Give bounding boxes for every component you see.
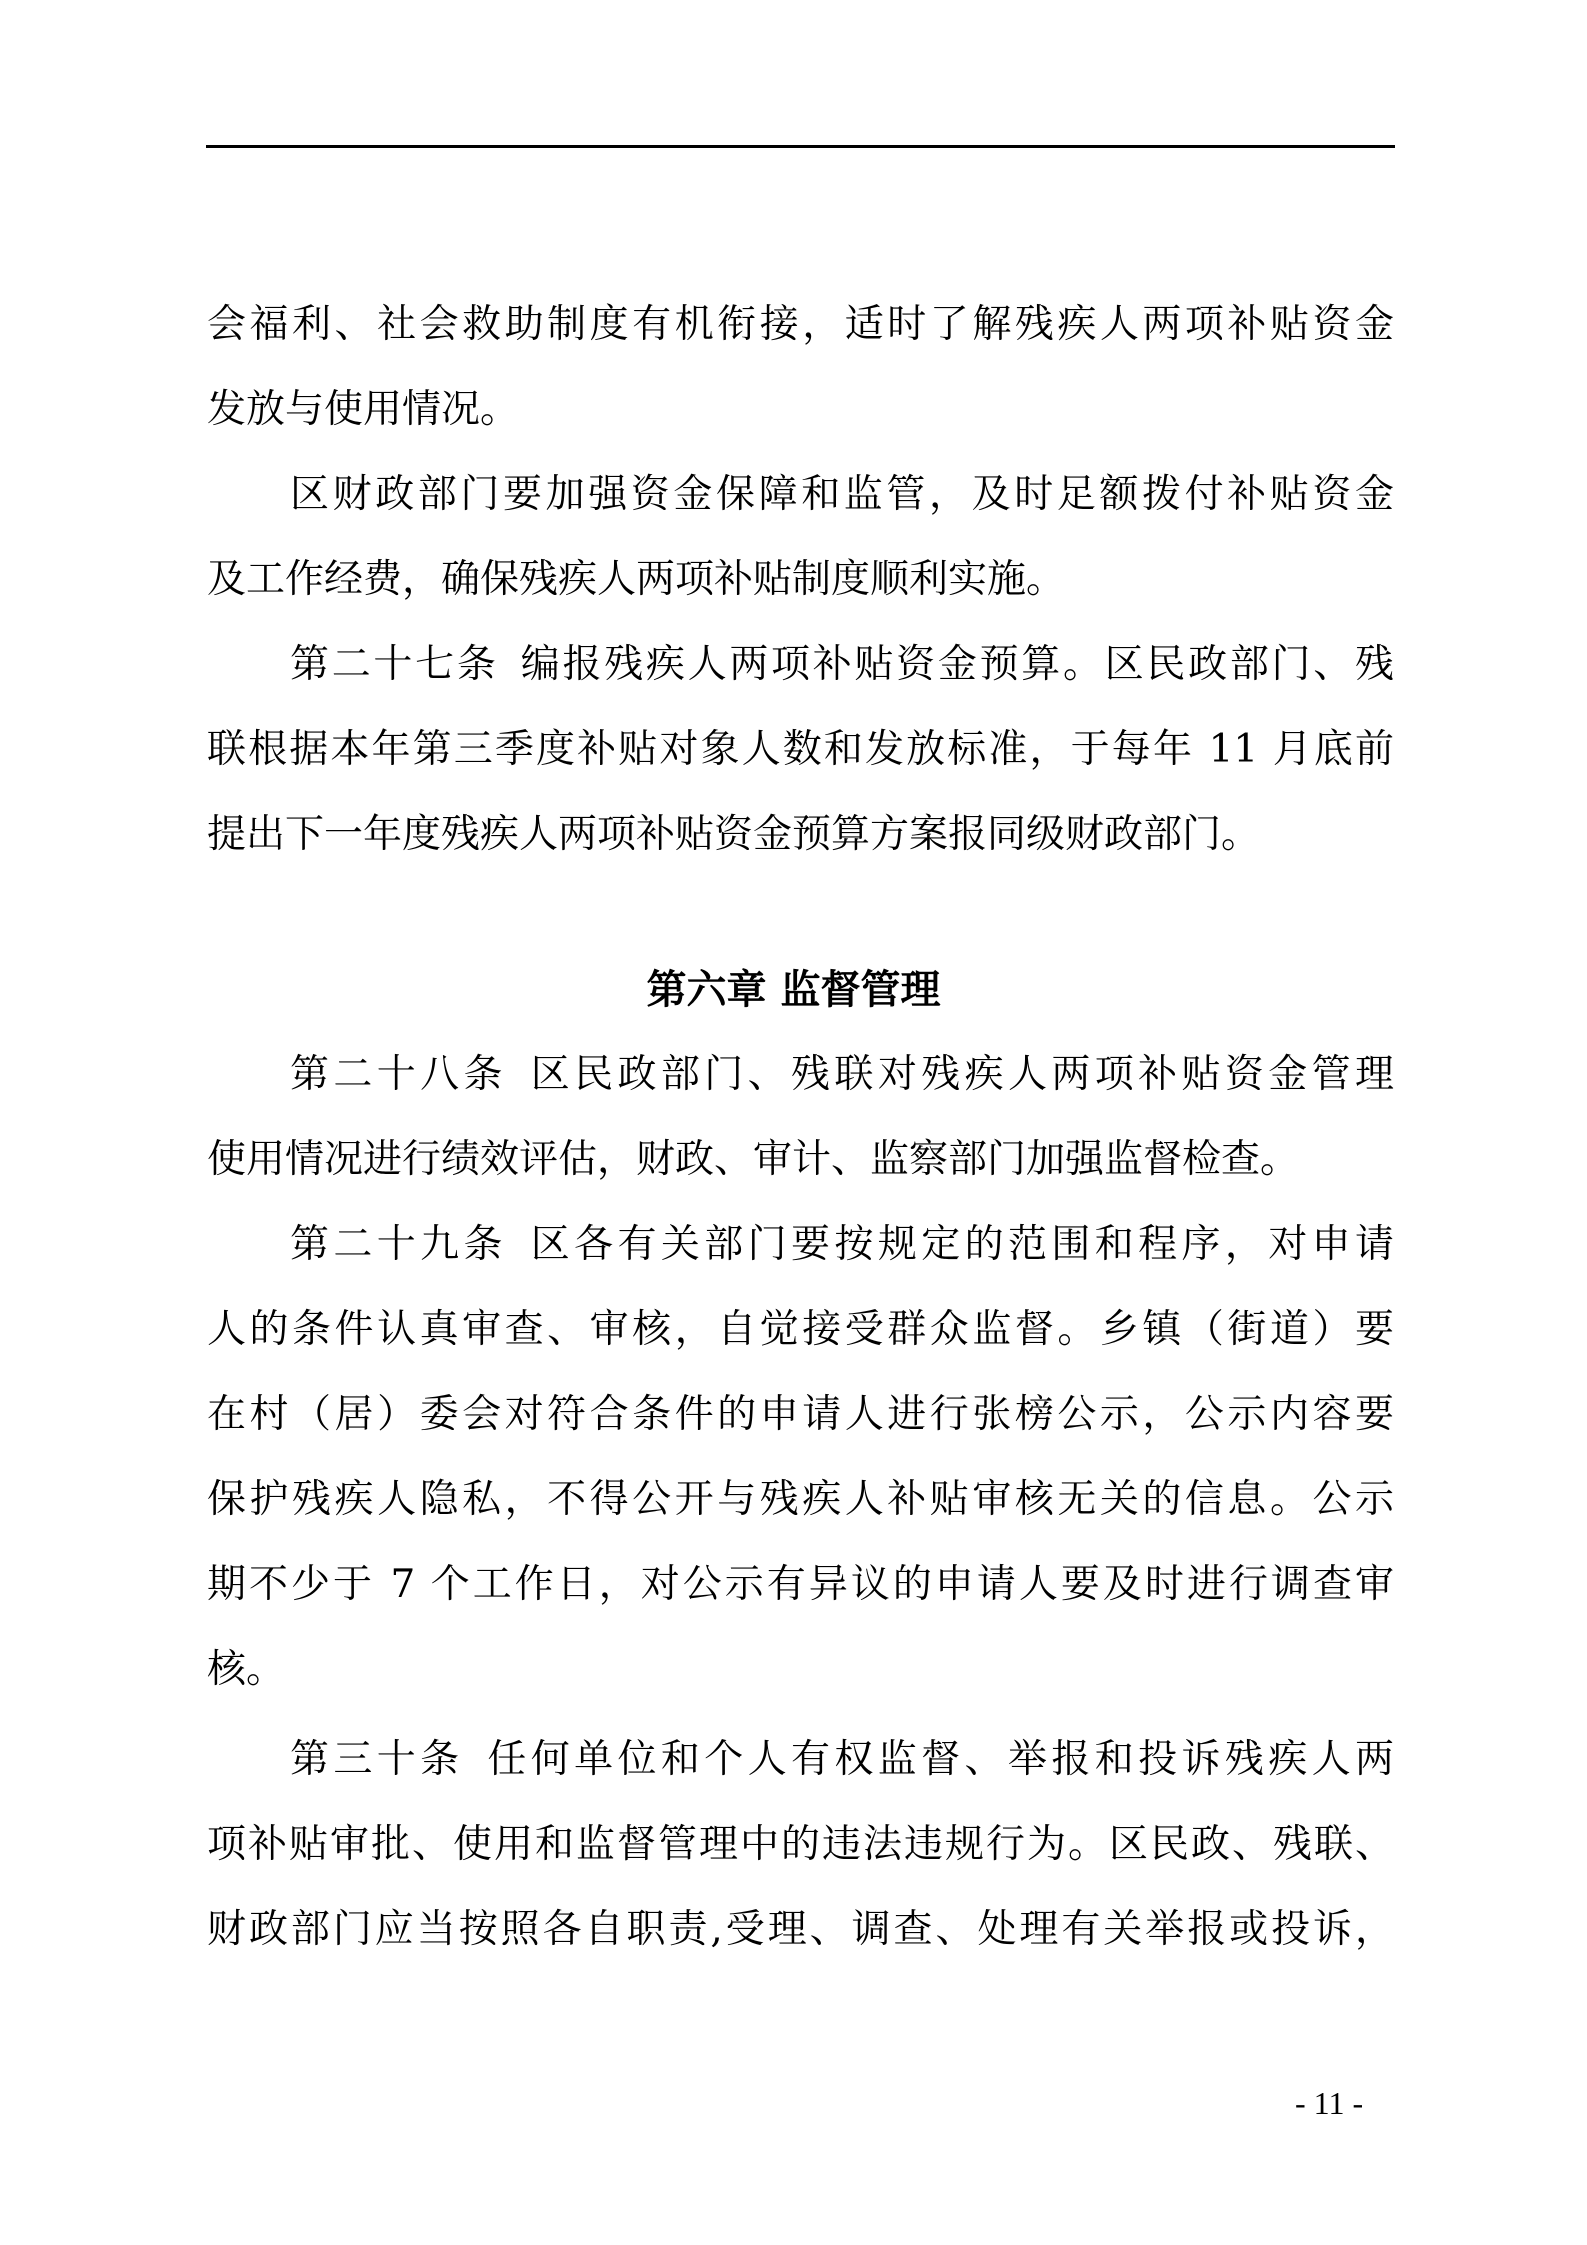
article-label: 第二十九条 — [290, 1222, 507, 1267]
page-number: - 11 - — [1295, 2085, 1363, 2122]
chapter-title: 第六章 监督管理 — [0, 965, 1587, 1015]
article-text: 区民政部门、残联对残疾人两项补贴资金管理 — [526, 1052, 1394, 1097]
text-line: 在村（居）委会对符合条件的申请人进行张榜公示，公示内容要 — [207, 1390, 1394, 1440]
text-line: 联根据本年第三季度补贴对象人数和发放标准，于每年 11 月底前 — [207, 725, 1394, 775]
text-line: 使用情况进行绩效评估，财政、审计、监察部门加强监督检查。 — [207, 1135, 1394, 1185]
article-27-line: 第二十七条 编报残疾人两项补贴资金预算。区民政部门、残 — [207, 640, 1394, 690]
header-rule — [206, 145, 1395, 148]
text-line: 核。 — [207, 1645, 1394, 1695]
article-label: 第三十条 — [290, 1737, 464, 1782]
text-line: 及工作经费，确保残疾人两项补贴制度顺利实施。 — [207, 555, 1394, 605]
text-line: 人的条件认真审查、审核，自觉接受群众监督。乡镇（街道）要 — [207, 1305, 1394, 1355]
text-line: 期不少于 7 个工作日，对公示有异议的申请人要及时进行调查审 — [207, 1560, 1394, 1610]
text-line: 财政部门应当按照各自职责,受理、调查、处理有关举报或投诉， — [207, 1905, 1394, 1955]
article-29-line: 第二十九条 区各有关部门要按规定的范围和程序，对申请 — [207, 1220, 1394, 1270]
article-text: 区各有关部门要按规定的范围和程序，对申请 — [526, 1222, 1394, 1267]
article-label: 第二十八条 — [290, 1052, 507, 1097]
text-line: 保护残疾人隐私，不得公开与残疾人补贴审核无关的信息。公示 — [207, 1475, 1394, 1525]
text-line: 发放与使用情况。 — [207, 385, 1394, 435]
article-30-line: 第三十条 任何单位和个人有权监督、举报和投诉残疾人两 — [207, 1735, 1394, 1785]
text-line: 提出下一年度残疾人两项补贴资金预算方案报同级财政部门。 — [207, 810, 1394, 860]
article-text: 任何单位和个人有权监督、举报和投诉残疾人两 — [483, 1737, 1394, 1782]
text-line: 区财政部门要加强资金保障和监管，及时足额拨付补贴资金 — [207, 470, 1394, 520]
article-text: 编报残疾人两项补贴资金预算。区民政部门、残 — [518, 642, 1394, 687]
article-label: 第二十七条 — [290, 642, 499, 687]
article-28-line: 第二十八条 区民政部门、残联对残疾人两项补贴资金管理 — [207, 1050, 1394, 1100]
text-line: 会福利、社会救助制度有机衔接，适时了解残疾人两项补贴资金 — [207, 300, 1394, 350]
text-line: 项补贴审批、使用和监督管理中的违法违规行为。区民政、残联、 — [207, 1820, 1394, 1870]
